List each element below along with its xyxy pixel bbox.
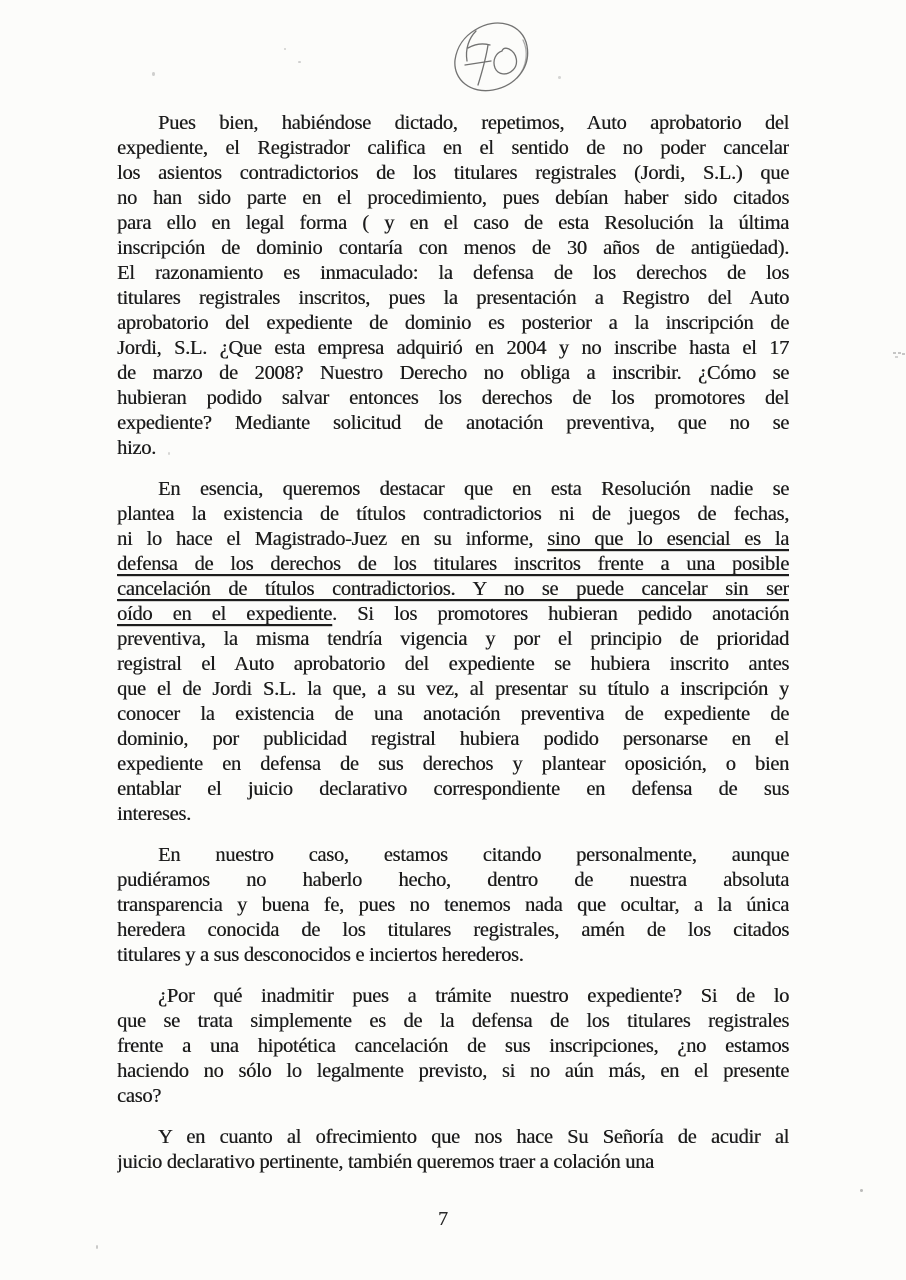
document-text: Pues bien, habiéndose dictado, repetimos…	[117, 111, 789, 1191]
text-segment: expediente, el Registrador califica en e…	[117, 137, 789, 159]
text-segment: caso?	[117, 1085, 161, 1107]
text-segment: inscripción de dominio contaría con meno…	[117, 237, 789, 259]
text-line: titulares y a sus desconocidos e inciert…	[117, 943, 789, 968]
scan-speck	[152, 72, 155, 76]
text-line: heredera conocida de los titulares regis…	[117, 918, 789, 943]
underlined-text: oído en el expediente	[117, 603, 332, 625]
text-line: inscripción de dominio contaría con meno…	[117, 236, 789, 261]
text-line: ni lo hace el Magistrado-Juez en su info…	[117, 527, 789, 552]
page-number: 7	[0, 1208, 896, 1231]
text-line: pudiéramos no haberlo hecho, dentro de n…	[117, 868, 789, 893]
text-segment: Pues bien, habiéndose dictado, repetimos…	[158, 112, 789, 134]
text-segment: hizo.	[117, 437, 156, 459]
text-segment: dominio, por publicidad registral hubier…	[117, 728, 789, 750]
text-segment: En esencia, queremos destacar que en est…	[158, 478, 789, 500]
text-line: expediente, el Registrador califica en e…	[117, 136, 789, 161]
paragraph-4: ¿Por qué inadmitir pues a trámite nuestr…	[117, 984, 789, 1109]
text-line: Pues bien, habiéndose dictado, repetimos…	[117, 111, 789, 136]
underlined-text: defensa de los derechos de los titulares…	[117, 553, 789, 575]
text-line: plantea la existencia de títulos contrad…	[117, 502, 789, 527]
text-segment: los asientos contradictorios de los titu…	[117, 162, 789, 184]
scan-speck	[860, 1189, 863, 1192]
text-segment: ¿Por qué inadmitir pues a trámite nuestr…	[158, 985, 789, 1007]
text-line: hizo.	[117, 436, 789, 461]
text-line: de marzo de 2008? Nuestro Derecho no obl…	[117, 361, 789, 386]
scan-speck	[284, 48, 286, 50]
text-line: hubieran podido salvar entonces los dere…	[117, 386, 789, 411]
text-line: expediente? Mediante solicitud de anotac…	[117, 411, 789, 436]
paragraph-2: En esencia, queremos destacar que en est…	[117, 477, 789, 827]
text-line: expediente en defensa de sus derechos y …	[117, 752, 789, 777]
text-segment: preventiva, la misma tendría vigencia y …	[117, 628, 789, 650]
text-line: frente a una hipotética cancelación de s…	[117, 1034, 789, 1059]
text-segment: no han sido parte en el procedimiento, p…	[117, 187, 789, 209]
text-segment: intereses.	[117, 803, 191, 825]
scan-speck	[558, 76, 561, 79]
text-line: Y en cuanto al ofrecimiento que nos hace…	[117, 1125, 789, 1150]
text-segment: heredera conocida de los titulares regis…	[117, 919, 789, 941]
text-segment: Y en cuanto al ofrecimiento que nos hace…	[158, 1126, 789, 1148]
underlined-text: cancelación de títulos contradictorios. …	[117, 578, 789, 600]
text-line: El razonamiento es inmaculado: la defens…	[117, 261, 789, 286]
text-segment: Jordi, S.L. ¿Que esta empresa adquirió e…	[117, 337, 789, 359]
text-line: que el de Jordi S.L. la que, a su vez, a…	[117, 677, 789, 702]
text-line: defensa de los derechos de los titulares…	[117, 552, 789, 577]
text-line: los asientos contradictorios de los titu…	[117, 161, 789, 186]
text-segment: haciendo no sólo lo legalmente previsto,…	[117, 1060, 789, 1082]
text-line: haciendo no sólo lo legalmente previsto,…	[117, 1059, 789, 1084]
text-segment: ni lo hace el Magistrado-Juez en su info…	[117, 528, 547, 550]
text-line: transparencia y buena fe, pues no tenemo…	[117, 893, 789, 918]
text-line: ¿Por qué inadmitir pues a trámite nuestr…	[117, 984, 789, 1009]
text-line: juicio declarativo pertinente, también q…	[117, 1150, 789, 1175]
text-segment: frente a una hipotética cancelación de s…	[117, 1035, 789, 1057]
text-segment: para ello en legal forma ( y en el caso …	[117, 212, 789, 234]
text-line: que se trata simplemente es de la defens…	[117, 1009, 789, 1034]
text-line: oído en el expediente. Si los promotores…	[117, 602, 789, 627]
text-segment: El razonamiento es inmaculado: la defens…	[117, 262, 789, 284]
text-segment: En nuestro caso, estamos citando persona…	[158, 844, 789, 866]
paragraph-1: Pues bien, habiéndose dictado, repetimos…	[117, 111, 789, 461]
text-line: En nuestro caso, estamos citando persona…	[117, 843, 789, 868]
circled-number-icon	[445, 18, 540, 103]
handwritten-circled-number-annotation	[445, 18, 540, 103]
text-line: dominio, por publicidad registral hubier…	[117, 727, 789, 752]
text-line: no han sido parte en el procedimiento, p…	[117, 186, 789, 211]
text-segment: conocer la existencia de una anotación p…	[117, 703, 789, 725]
scan-speck	[96, 1245, 98, 1249]
paragraph-5: Y en cuanto al ofrecimiento que nos hace…	[117, 1125, 789, 1175]
text-segment: entablar el juicio declarativo correspon…	[117, 778, 789, 800]
text-line: caso?	[117, 1084, 789, 1109]
text-segment: plantea la existencia de títulos contrad…	[117, 503, 789, 525]
text-segment: expediente en defensa de sus derechos y …	[117, 753, 789, 775]
scan-edge-mark	[893, 352, 896, 354]
text-segment: de marzo de 2008? Nuestro Derecho no obl…	[117, 362, 789, 384]
text-segment: hubieran podido salvar entonces los dere…	[117, 387, 789, 409]
text-line: registral el Auto aprobatorio del expedi…	[117, 652, 789, 677]
scanned-document-page: Pues bien, habiéndose dictado, repetimos…	[0, 0, 906, 1280]
text-line: intereses.	[117, 802, 789, 827]
text-segment: que el de Jordi S.L. la que, a su vez, a…	[117, 678, 789, 700]
text-line: cancelación de títulos contradictorios. …	[117, 577, 789, 602]
text-segment: pudiéramos no haberlo hecho, dentro de n…	[117, 869, 789, 891]
underlined-text: sino que lo esencial es la	[547, 528, 789, 550]
text-segment: . Si los promotores hubieran pedido anot…	[332, 603, 789, 625]
text-line: preventiva, la misma tendría vigencia y …	[117, 627, 789, 652]
text-segment: expediente? Mediante solicitud de anotac…	[117, 412, 789, 434]
text-segment: titulares y a sus desconocidos e inciert…	[117, 944, 524, 966]
text-segment: aprobatorio del expediente de dominio es…	[117, 312, 789, 334]
text-segment: juicio declarativo pertinente, también q…	[117, 1151, 654, 1173]
text-line: Jordi, S.L. ¿Que esta empresa adquirió e…	[117, 336, 789, 361]
text-line: titulares registrales inscritos, pues la…	[117, 286, 789, 311]
text-line: entablar el juicio declarativo correspon…	[117, 777, 789, 802]
text-line: En esencia, queremos destacar que en est…	[117, 477, 789, 502]
text-segment: titulares registrales inscritos, pues la…	[117, 287, 789, 309]
text-line: aprobatorio del expediente de dominio es…	[117, 311, 789, 336]
scan-speck	[168, 452, 170, 455]
scan-speck	[298, 61, 301, 63]
text-segment: transparencia y buena fe, pues no tenemo…	[117, 894, 789, 916]
text-segment: registral el Auto aprobatorio del expedi…	[117, 653, 789, 675]
text-line: para ello en legal forma ( y en el caso …	[117, 211, 789, 236]
text-line: conocer la existencia de una anotación p…	[117, 702, 789, 727]
paragraph-3: En nuestro caso, estamos citando persona…	[117, 843, 789, 968]
text-segment: que se trata simplemente es de la defens…	[117, 1010, 789, 1032]
